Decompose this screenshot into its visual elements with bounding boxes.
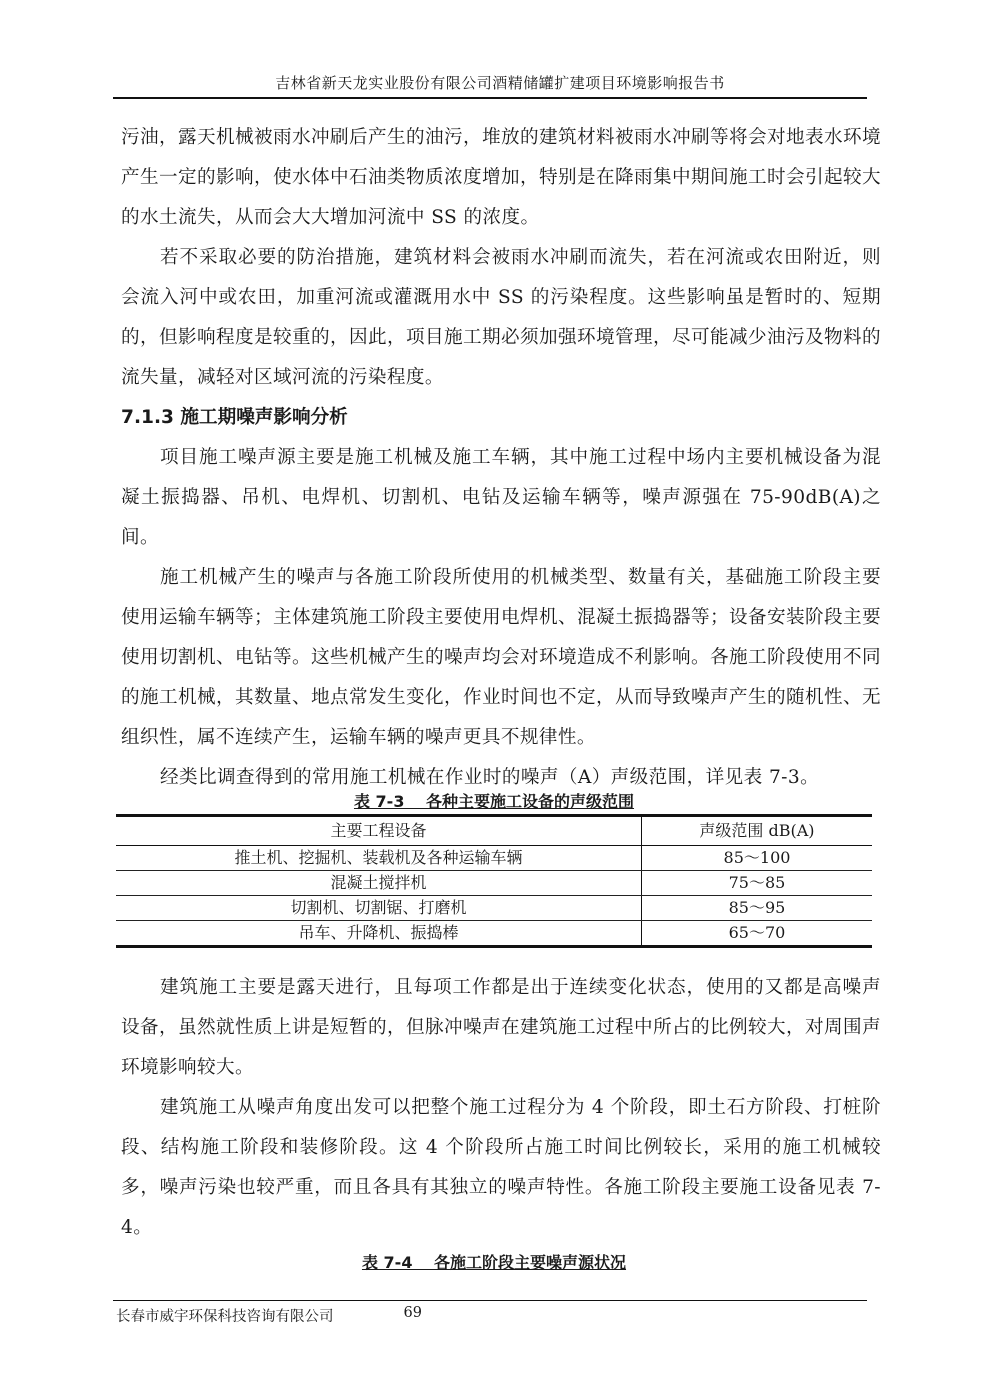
page-number: 69	[352, 1305, 422, 1321]
table-header-row: 主要工程设备 声级范围 dB(A)	[116, 816, 872, 846]
paragraph: 建筑施工主要是露天进行，且每项工作都是出于连续变化状态，使用的又都是高噪声设备，…	[121, 968, 881, 1088]
table-row: 切割机、切割锯、打磨机 85～95	[116, 896, 872, 921]
paragraph: 污油，露天机械被雨水冲刷后产生的油污，堆放的建筑材料被雨水冲刷等将会对地表水环境…	[121, 118, 881, 238]
sound-level-cell: 85～95	[642, 896, 873, 921]
column-header-equipment: 主要工程设备	[116, 816, 642, 846]
body-text-bottom: 建筑施工主要是露天进行，且每项工作都是出于连续变化状态，使用的又都是高噪声设备，…	[121, 968, 881, 1248]
paragraph: 建筑施工从噪声角度出发可以把整个施工过程分为 4 个阶段，即土石方阶段、打桩阶段…	[121, 1088, 881, 1248]
column-header-sound-level: 声级范围 dB(A)	[642, 816, 873, 846]
table-row: 混凝土搅拌机 75～85	[116, 871, 872, 896]
sound-level-cell: 75～85	[642, 871, 873, 896]
table-caption-text: 表 7-3 各种主要施工设备的声级范围	[354, 792, 634, 811]
sound-level-cell: 85～100	[642, 846, 873, 871]
equipment-cell: 吊车、升降机、振捣棒	[116, 921, 642, 947]
document-header-title: 吉林省新天龙实业股份有限公司酒精储罐扩建项目环境影响报告书	[122, 72, 878, 93]
footer-divider	[113, 1300, 867, 1301]
table-7-4-caption: 表 7-4 各施工阶段主要噪声源状况	[116, 1252, 872, 1274]
paragraph: 若不采取必要的防治措施，建筑材料会被雨水冲刷而流失，若在河流或农田附近，则会流入…	[121, 238, 881, 398]
table-caption-text: 表 7-4 各施工阶段主要噪声源状况	[362, 1253, 626, 1272]
body-text-top: 污油，露天机械被雨水冲刷后产生的油污，堆放的建筑材料被雨水冲刷等将会对地表水环境…	[121, 118, 881, 798]
table-7-3-caption: 表 7-3 各种主要施工设备的声级范围	[116, 791, 872, 813]
equipment-cell: 切割机、切割锯、打磨机	[116, 896, 642, 921]
paragraph: 项目施工噪声源主要是施工机械及施工车辆，其中施工过程中场内主要机械设备为混凝土振…	[121, 438, 881, 558]
table-row: 推土机、挖掘机、装载机及各种运输车辆 85～100	[116, 846, 872, 871]
table-row: 吊车、升降机、振捣棒 65～70	[116, 921, 872, 947]
equipment-cell: 推土机、挖掘机、装载机及各种运输车辆	[116, 846, 642, 871]
footer-company: 长春市威宇环保科技咨询有限公司	[116, 1305, 334, 1326]
sound-level-cell: 65～70	[642, 921, 873, 947]
paragraph: 施工机械产生的噪声与各施工阶段所使用的机械类型、数量有关，基础施工阶段主要使用运…	[121, 558, 881, 758]
table-7-3: 主要工程设备 声级范围 dB(A) 推土机、挖掘机、装载机及各种运输车辆 85～…	[116, 814, 872, 948]
header-divider	[113, 97, 867, 99]
section-heading: 7.1.3 施工期噪声影响分析	[121, 398, 881, 438]
equipment-cell: 混凝土搅拌机	[116, 871, 642, 896]
